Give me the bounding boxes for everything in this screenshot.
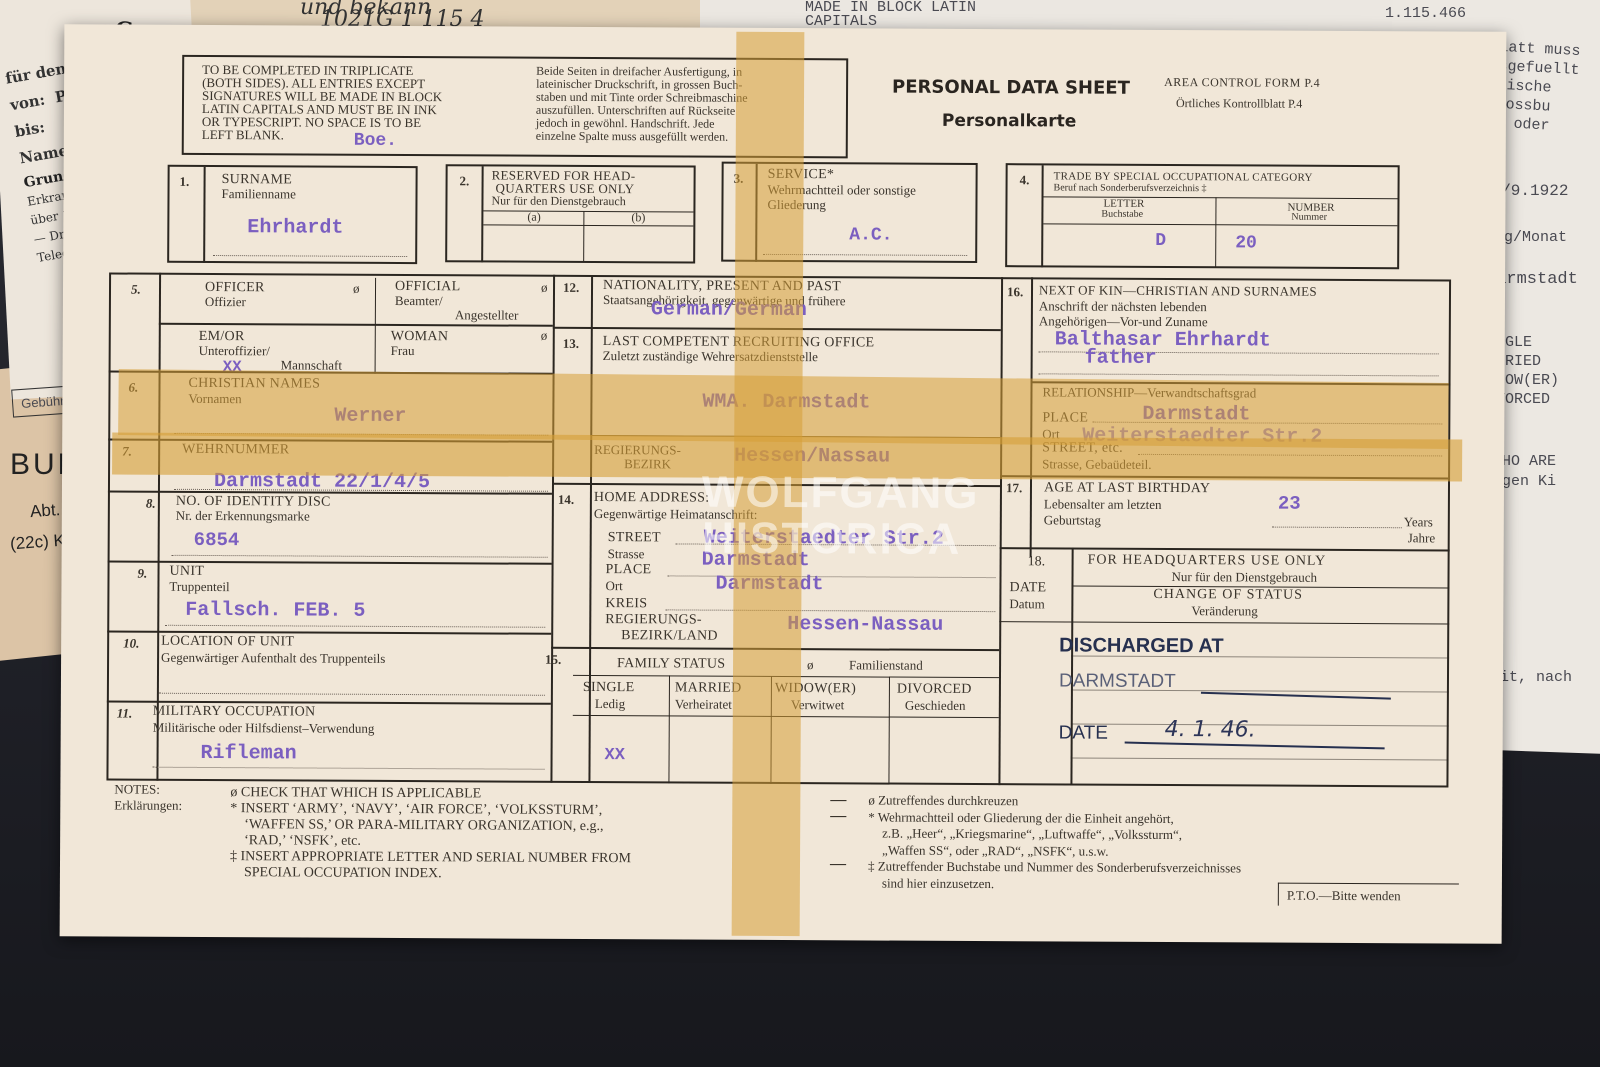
identity-disc-value[interactable]: 6854 (194, 531, 240, 551)
field-3-service: 3. SERVICE* Wehrmachtteil oder sonstige … (721, 162, 978, 263)
christian-names-value[interactable]: Werner (334, 406, 406, 427)
trade-letter-value[interactable]: D (1155, 232, 1166, 251)
home-bezirk-value[interactable]: Hessen-Nassau (787, 614, 943, 636)
rank-em-value[interactable]: XX (223, 359, 242, 376)
discharge-stamp-heading: DISCHARGED AT (1059, 635, 1224, 657)
military-occupation-value[interactable]: Rifleman (201, 743, 297, 765)
form-code: AREA CONTROL FORM P.4 (1164, 76, 1320, 89)
surname-value[interactable]: Ehrhardt (247, 217, 343, 239)
discharge-stamp-date-label: DATE (1059, 723, 1108, 743)
form-title-german: Personalkarte (942, 113, 1076, 132)
note-dash-3: — (830, 856, 846, 873)
personal-data-sheet: TO BE COMPLETED IN TRIPLICATE (BOTH SIDE… (60, 24, 1507, 944)
next-of-kin-place-value[interactable]: Darmstadt (1142, 404, 1250, 426)
pto-box: P.T.O.—Bitte wenden (1278, 883, 1459, 907)
unit-value[interactable]: Fallsch. FEB. 5 (185, 600, 365, 622)
home-place-value[interactable]: Darmstadt (715, 574, 823, 596)
instructions-box: TO BE COMPLETED IN TRIPLICATE (BOTH SIDE… (182, 55, 849, 158)
right-doc-footer: it, nach (1500, 668, 1572, 687)
field-4-trade: 4. TRADE BY SPECIAL OCCUPATIONAL CATEGOR… (1005, 163, 1400, 269)
notes-german: ø Zutreffendes durchkreuzen * Wehrmachtt… (868, 792, 1242, 893)
service-value[interactable]: A.C. (849, 226, 892, 245)
notes-english: ø CHECK THAT WHICH IS APPLICABLE * INSER… (230, 785, 631, 883)
recruiting-office-value[interactable]: WMA. Darmstadt (702, 392, 870, 414)
recruiting-bezirk-value[interactable]: Hessen/Nassau (734, 446, 890, 468)
right-doc-number: 1.115.466 (1385, 4, 1466, 23)
trade-number-value[interactable]: 20 (1235, 234, 1257, 253)
instructions-english: TO BE COMPLETED IN TRIPLICATE (BOTH SIDE… (202, 63, 443, 142)
family-status-single-value[interactable]: XX (605, 747, 625, 765)
instructions-german: Beide Seiten in dreifacher Ausfertigung,… (536, 65, 748, 144)
watermark: WOLFGANG HISTORICA (702, 470, 962, 563)
relationship-value[interactable]: father (1085, 348, 1157, 369)
field-2-reserved: 2. RESERVED FOR HEAD- QUARTERS USE ONLY … (445, 164, 696, 263)
form-title: PERSONAL DATA SHEET (892, 79, 1130, 99)
initials: Boe. (354, 132, 397, 151)
discharge-date-value[interactable]: 4. 1. 46. (1165, 718, 1256, 742)
discharge-stamp-place: DARMSTADT (1059, 671, 1176, 692)
woman-check-mark[interactable]: ø (541, 329, 548, 343)
nationality-value[interactable]: German/German (651, 299, 807, 321)
note-dash-2: — (830, 808, 846, 825)
official-check-mark[interactable]: ø (541, 281, 548, 295)
notes-label: NOTES: (114, 783, 160, 797)
field-1-surname: 1. SURNAME Familienname Ehrhardt (167, 165, 418, 264)
family-status-check-mark: ø (807, 658, 814, 672)
notes-label-german: Erklärungen: (114, 799, 182, 813)
officer-check-mark[interactable]: ø (353, 282, 360, 296)
form-code-german: Örtliches Kontrollblatt P.4 (1176, 97, 1302, 110)
age-value[interactable]: 23 (1278, 495, 1301, 515)
